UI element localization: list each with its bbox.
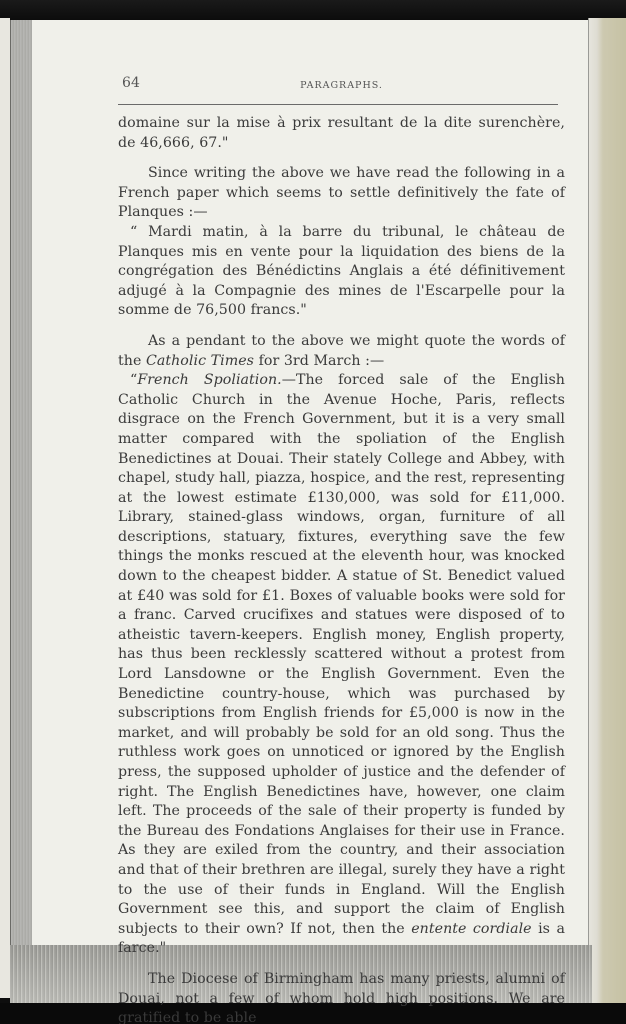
page-stack-edge <box>588 18 626 1003</box>
italic-phrase: entente cordiale <box>411 921 531 937</box>
facing-page-edge <box>0 18 10 998</box>
paragraph-diocese: The Diocese of Birmingham has many pries… <box>118 970 565 1024</box>
article-title: French Spoliation. <box>137 372 281 388</box>
paragraph-continuation: domaine sur la mise à prix resultant de … <box>118 114 565 153</box>
page-text: 64 PARAGRAPHS. domaine sur la mise à pri… <box>118 74 565 1024</box>
quote-french-paper: “ Mardi matin, à la barre du tribunal, l… <box>118 223 565 321</box>
scanned-book-page: 64 PARAGRAPHS. domaine sur la mise à pri… <box>0 0 626 1024</box>
publication-title: Catholic Times <box>146 353 254 369</box>
book-gutter <box>10 20 33 985</box>
paragraph-pendant: As a pendant to the above we might quote… <box>118 332 565 371</box>
header-rule <box>118 104 558 105</box>
quote-catholic-times: “French Spoliation.—The forced sale of t… <box>118 371 565 959</box>
running-head-title: PARAGRAPHS. <box>118 76 565 96</box>
paragraph-since-writing: Since writing the above we have read the… <box>118 164 565 223</box>
scan-top-border <box>0 0 626 20</box>
running-head: 64 PARAGRAPHS. <box>118 74 565 94</box>
